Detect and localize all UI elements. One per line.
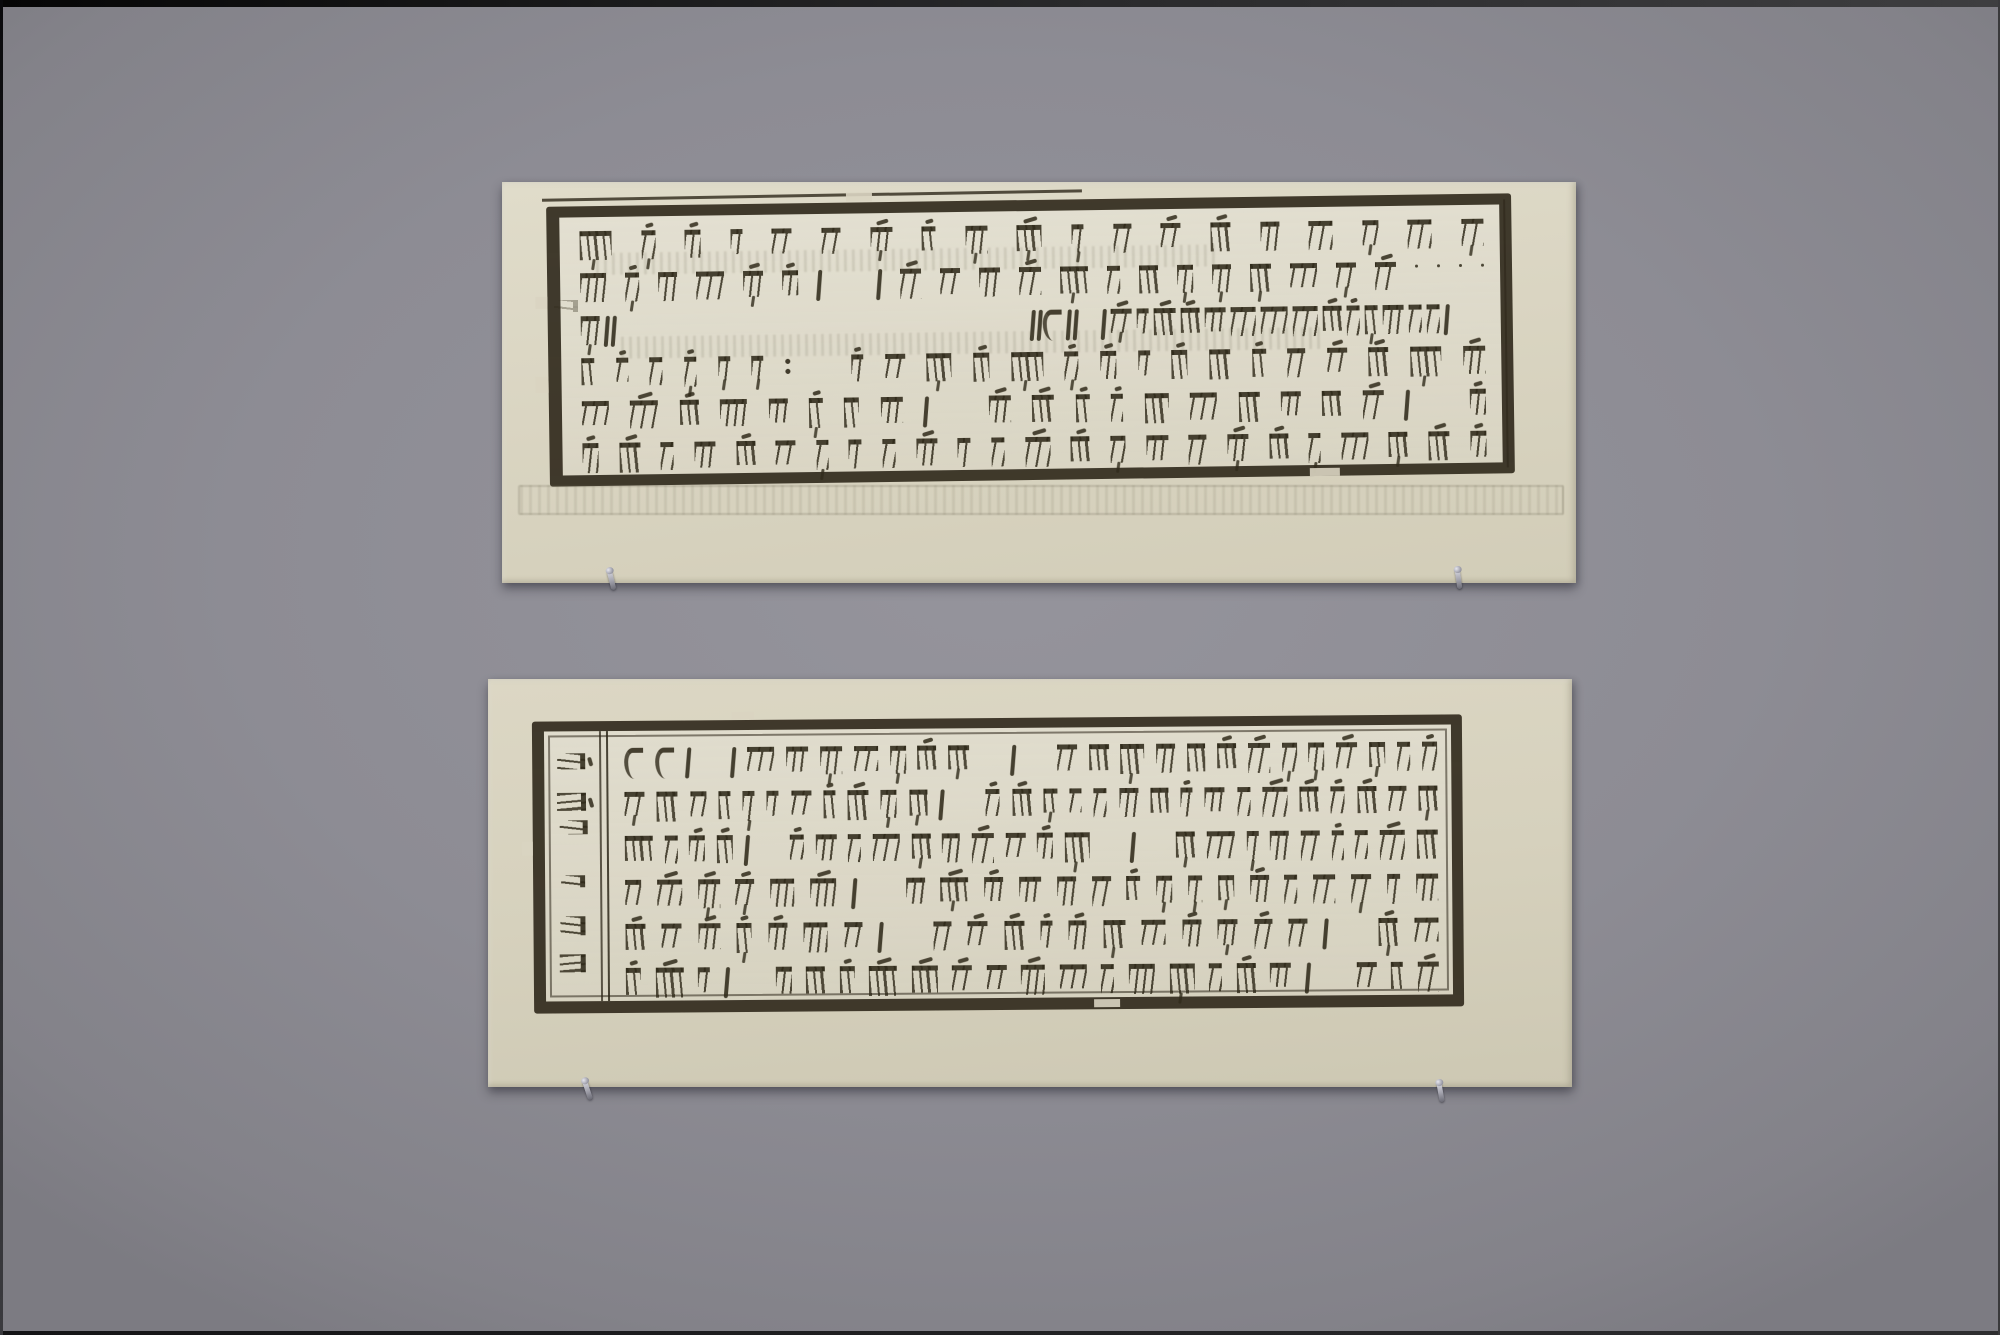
glyph: [616, 358, 628, 382]
glyph: [751, 356, 763, 380]
glyph: [1327, 348, 1347, 372]
glyph: [912, 965, 938, 992]
glyph: [1057, 744, 1077, 770]
glyph: [655, 967, 683, 997]
glyph: [1270, 963, 1291, 987]
glyph: [1247, 831, 1259, 861]
print-gap-notch: [846, 192, 872, 201]
glyph: [1092, 876, 1111, 906]
glyph: [625, 880, 641, 905]
glyph: [1262, 787, 1287, 817]
glyph: [1404, 390, 1410, 421]
print-gap-notch: [1310, 468, 1340, 476]
glyph: [580, 273, 606, 302]
glyph: [991, 437, 1004, 466]
glyph: [624, 792, 644, 816]
glyph: [1331, 786, 1345, 813]
glyph: [1414, 918, 1438, 942]
glyph: [1119, 788, 1138, 817]
glyph: [1409, 305, 1422, 333]
glyph: [557, 793, 586, 811]
glyph: [844, 397, 859, 427]
glyph: [1481, 264, 1484, 267]
glyph: [1218, 875, 1234, 900]
glyph: [1107, 266, 1120, 294]
glyph: [743, 271, 763, 297]
glyph: [1365, 305, 1378, 334]
glyph: [1308, 742, 1324, 770]
glyph: [948, 745, 969, 769]
glyph: [972, 833, 994, 863]
glyph: [1021, 965, 1045, 995]
glyph: [1142, 920, 1166, 945]
glyph: [882, 439, 895, 468]
glyph: [1156, 744, 1175, 773]
glyph: [1209, 963, 1222, 991]
glyph: [684, 357, 696, 387]
glyph: [890, 746, 906, 774]
glyph: [1076, 394, 1090, 422]
glyph: [1388, 786, 1406, 811]
glyph: [844, 922, 862, 947]
glyph: [820, 746, 842, 774]
glyph: [1057, 876, 1076, 905]
glyph: [851, 354, 863, 381]
glyph: [554, 300, 578, 312]
glyph: [1138, 350, 1150, 375]
glyph: [1418, 786, 1437, 811]
margin-title-group: ཉ: [558, 869, 588, 893]
glyph: [938, 789, 944, 820]
glyph: [1362, 390, 1383, 419]
glyph: [1043, 789, 1057, 813]
glyph: [1120, 744, 1144, 774]
glyph: [1004, 921, 1024, 950]
glyph: [1260, 222, 1279, 251]
margin-title-group: རྣམ་ཐར: [557, 913, 587, 976]
glyph: [1041, 921, 1053, 948]
letterbox-left-bar: [0, 0, 3, 1335]
glyph: [661, 442, 674, 470]
glyph: [1422, 742, 1437, 771]
glyph: [1250, 264, 1271, 292]
glyph: [581, 358, 594, 385]
glyph: [1103, 920, 1125, 948]
glyph: [1187, 743, 1205, 771]
stroke-texture: [559, 813, 589, 841]
glyph: [1218, 919, 1238, 945]
glyph: [1418, 962, 1439, 992]
glyph: [1236, 963, 1255, 993]
glyph: [952, 965, 972, 990]
glyph: [1129, 964, 1155, 994]
glyph: [655, 748, 674, 779]
glyph: [958, 438, 971, 467]
glyph: [743, 835, 749, 866]
glyph: [1383, 305, 1404, 334]
text-line: སྣོད་ནས་བསོ་ཕྱི་ཞིག་བཏང་བས། ཡབ་སྒོམ་ཆེན་…: [625, 918, 1438, 960]
glyph: [604, 316, 610, 347]
glyph: [1130, 832, 1136, 863]
lower-print-frame: ཉི་མའི ཆ ཉ རྣམ་ཐར ༄༅། །གནས་པར་ཡུལ་གཞན་དུ…: [532, 714, 1464, 1013]
glyph: [1212, 264, 1231, 292]
glyph: [804, 922, 828, 952]
glyph: [1069, 788, 1081, 812]
glyph: [689, 835, 705, 861]
glyph: [560, 954, 586, 972]
glyph: [626, 968, 641, 995]
glyph: [1355, 830, 1368, 859]
glyph: [906, 878, 925, 904]
glyph: [1463, 346, 1485, 374]
glyph: [1459, 264, 1462, 267]
glyph: [1111, 394, 1123, 422]
glyph: [657, 879, 682, 905]
glyph: [1336, 262, 1356, 287]
glyph: [718, 356, 730, 380]
text-line: ས་གཞིའི་ཁྱེར་འགྲོ་བཅམ་ཁེབས། གར་འགྲོམ་ཤེས…: [625, 874, 1438, 916]
glyph: [1237, 787, 1250, 816]
glyph: [1176, 831, 1195, 857]
glyph: [1356, 962, 1376, 987]
glyph: [1470, 389, 1486, 415]
glyph: [664, 836, 677, 864]
stroke-texture: [582, 431, 1486, 480]
glyph: [986, 789, 1000, 816]
glyph: [1415, 265, 1418, 268]
glyph: [815, 834, 836, 860]
print-gap-notch: [1094, 999, 1120, 1007]
stroke-texture: [624, 742, 1437, 784]
stroke-texture: [556, 747, 587, 816]
upper-manuscript-leaf: གཟུགས་ཀྱི་ཉི་མ་ཡང་སྟར་སྐྱེས་འི་ཡུལ་ཕྱོགས…: [502, 182, 1576, 583]
glyph: [619, 442, 640, 472]
glyph: [1410, 346, 1441, 376]
stroke-texture: [625, 830, 1438, 872]
glyph: [1290, 263, 1317, 287]
glyph: [698, 923, 720, 949]
glyph: [1094, 788, 1107, 817]
glyph: [1227, 434, 1248, 461]
glyph: [973, 353, 989, 382]
glyph: [1304, 963, 1310, 994]
glyph: [840, 966, 855, 993]
upper-print-frame: གཟུགས་ཀྱི་ཉི་མ་ཡང་སྟར་སྐྱེས་འི་ཡུལ་ཕྱོགས…: [546, 193, 1515, 486]
text-line: རྗེ་དཔོན་མ། ཡ་བན་རྗེ་དཔོན་རིགས་ཤིག་ནས་མཆ…: [626, 962, 1439, 1004]
glyph: [922, 226, 936, 250]
glyph: [881, 790, 897, 818]
text-line: ཀྱུང་རང་ས་ར་སྐྱ་མ་ནས་ཀོ་རེད་དུ་ལུང་། མེ་…: [624, 786, 1437, 828]
glyph: [1362, 220, 1378, 245]
glyph: [560, 820, 588, 834]
glyph: [791, 790, 811, 814]
glyph: [1150, 788, 1168, 813]
glyph: [1254, 919, 1272, 949]
glyph: [698, 879, 720, 908]
glyph: [918, 745, 937, 769]
glyph: [624, 748, 643, 779]
glyph: [625, 836, 653, 861]
glyph: [1285, 875, 1298, 904]
glyph: [690, 791, 706, 816]
glyph: [1308, 433, 1320, 463]
glyph: [1416, 874, 1438, 901]
glyph: [1389, 432, 1408, 457]
glyph: [1171, 350, 1187, 379]
glyph: [1011, 352, 1043, 381]
glyph: [1209, 349, 1230, 379]
glyph: [1427, 304, 1440, 333]
glyph: [1032, 395, 1054, 422]
glyph: [718, 791, 730, 819]
glyph: [1139, 265, 1158, 293]
glyph: [1387, 874, 1400, 904]
glyph: [1282, 743, 1297, 772]
glyph: [816, 440, 828, 470]
glyph: [1461, 219, 1483, 246]
glyph: [1180, 787, 1192, 816]
glyph: [1144, 393, 1168, 423]
glyph: [1380, 830, 1405, 860]
glyph: [720, 399, 747, 426]
glyph: [1010, 745, 1016, 776]
glyph: [940, 877, 968, 901]
glyph: [816, 270, 822, 301]
glyph: [876, 269, 882, 300]
glyph: [730, 747, 736, 778]
glyph: [885, 354, 905, 378]
glyph: [1101, 964, 1114, 993]
glyph: [870, 227, 892, 251]
glyph: [1313, 874, 1335, 903]
lower-manuscript-leaf: ཉི་མའི ཆ ཉ རྣམ་ཐར ༄༅། །གནས་པར་ཡུལ་གཞན་དུ…: [488, 679, 1572, 1087]
glyph: [782, 270, 798, 295]
glyph: [1369, 742, 1385, 767]
stroke-texture: [626, 962, 1439, 1004]
glyph: [1065, 832, 1090, 862]
glyph: [927, 353, 952, 381]
glyph: [1437, 264, 1440, 267]
glyph: [696, 271, 724, 299]
stroke-texture: [551, 294, 581, 318]
glyph: [737, 923, 752, 953]
glyph: [1322, 391, 1341, 416]
glyph: [1323, 918, 1329, 949]
stroke-texture: [558, 869, 588, 893]
glyph: [625, 272, 639, 301]
glyph: [775, 967, 791, 994]
glyph: [1391, 962, 1403, 989]
glyph: [747, 747, 774, 771]
glyph: [1019, 877, 1041, 902]
glyph: [923, 396, 929, 427]
glyph: [582, 443, 598, 473]
glyph: [1161, 223, 1181, 247]
glyph: [768, 398, 787, 422]
stroke-texture: [624, 786, 1437, 828]
glyph: [785, 355, 790, 379]
glyph: [940, 268, 960, 294]
glyph: [1270, 831, 1289, 860]
glyph: [662, 923, 682, 947]
glyph: [1428, 431, 1449, 460]
glyph: [1025, 437, 1050, 467]
glyph: [942, 833, 960, 862]
glyph: [736, 879, 755, 905]
glyph: [900, 269, 921, 299]
glyph: [768, 923, 787, 950]
glyph: [873, 834, 900, 861]
glyph: [1347, 305, 1360, 335]
glyph: [1188, 875, 1202, 902]
letterbox-top-bar: [0, 0, 2000, 7]
glyph: [1217, 743, 1236, 768]
ghost-plate-impression: [518, 485, 1564, 515]
glyph: [1357, 786, 1376, 813]
glyph: [984, 877, 1003, 901]
print-gap-notch: [732, 712, 754, 719]
glyph: [561, 875, 585, 887]
glyph: [770, 879, 794, 907]
glyph: [809, 398, 823, 428]
upper-margin-title: ཉ: [551, 294, 581, 318]
glyph: [1146, 435, 1168, 460]
glyph: [1444, 304, 1450, 335]
glyph: [1019, 267, 1041, 295]
glyph: [1177, 265, 1193, 293]
photograph-of-pecha-leaves: གཟུགས་ཀྱི་ཉི་མ་ཡང་སྟར་སྐྱེས་འི་ཡུལ་ཕྱོགས…: [0, 0, 2000, 1335]
text-line: ༄༅། །གནས་པར་ཡུལ་གཞན་དུ་སོང་དྲུག ། ཡན་ལག་…: [624, 742, 1437, 784]
glyph: [1012, 789, 1031, 816]
stroke-texture: [625, 918, 1438, 960]
glyph: [1250, 875, 1269, 902]
glyph: [1156, 876, 1172, 903]
glyph: [911, 834, 930, 859]
glyph: [916, 438, 937, 465]
glyph: [1281, 391, 1301, 415]
glyph: [1309, 221, 1333, 250]
glyph: [1005, 833, 1025, 857]
glyph: [810, 878, 836, 906]
glyph: [1288, 919, 1307, 947]
glyph: [851, 878, 857, 909]
glyph: [881, 397, 903, 423]
text-line: གསལ་པ་མི་སྣེ། ཇི་ལྟར་པ་རྣམས་ཀྱང་སྣམ་སོད་…: [625, 830, 1438, 872]
glyph: [560, 916, 585, 935]
glyph: [1397, 742, 1410, 771]
glyph: [1301, 830, 1320, 860]
glyph: [1269, 433, 1288, 458]
glyph: [933, 921, 951, 950]
margin-title-group: ཉི་མའི: [556, 747, 587, 816]
glyph: [1189, 435, 1207, 465]
glyph: [736, 441, 755, 465]
glyph: [1037, 833, 1053, 859]
glyph: [1205, 787, 1225, 811]
print-gap-notch: [535, 377, 548, 393]
glyph: [1299, 786, 1318, 811]
print-gap-notch: [535, 297, 547, 309]
glyph: [1169, 963, 1194, 993]
glyph: [848, 834, 861, 862]
glyph: [987, 965, 1007, 989]
glyph: [1470, 431, 1486, 457]
glyph: [854, 746, 878, 771]
glyph: [581, 316, 600, 345]
glyph: [909, 790, 927, 816]
glyph: [1323, 306, 1342, 331]
glyph: [1071, 436, 1090, 461]
glyph: [1069, 920, 1087, 949]
glyph: [767, 791, 779, 816]
glyph: [790, 835, 804, 860]
glyph: [1416, 830, 1437, 859]
glyph: [1110, 436, 1125, 463]
glyph: [698, 967, 710, 992]
glyph: [1331, 830, 1343, 860]
glyph: [989, 395, 1011, 422]
glyph: [849, 439, 862, 468]
glyph: [1336, 742, 1357, 768]
glyph: [806, 966, 825, 993]
glyph: [582, 401, 609, 425]
glyph: [1341, 432, 1368, 459]
glyph: [776, 440, 796, 464]
glyph: [625, 924, 645, 950]
glyph: [1248, 743, 1270, 773]
glyph: [1060, 964, 1087, 988]
glyph: [685, 747, 691, 778]
glyph: [723, 967, 729, 998]
glyph: [1238, 392, 1259, 422]
glyph: [717, 835, 733, 863]
glyph: [877, 922, 883, 953]
margin-column: ཉི་མའི ཆ ཉ རྣམ་ཐར: [544, 731, 610, 1001]
glyph: [786, 746, 808, 771]
glyph: [1126, 876, 1140, 900]
upper-printed-block: གཟུགས་ཀྱི་ཉི་མ་ཡང་སྟར་སྐྱེས་འི་ཡུལ་ཕྱོགས…: [546, 193, 1515, 486]
glyph: [1089, 744, 1109, 770]
text-line: གནས་དབེན་པའི་ནགས་དར་སྤྱེ་བ་ཅན། ལྗོན་ཤིང་…: [582, 389, 1486, 438]
glyph: [1207, 831, 1235, 858]
glyph: [742, 791, 754, 821]
glyph: [1100, 351, 1116, 379]
glyph: [823, 790, 835, 818]
stroke-texture: [557, 913, 587, 976]
glyph: [658, 272, 677, 301]
glyph: [1287, 348, 1305, 377]
glyph: [869, 966, 897, 996]
margin-title-group: ཆ: [559, 813, 589, 841]
glyph: [1060, 266, 1088, 293]
print-gap-notch: [522, 842, 533, 856]
glyph: [979, 267, 1000, 296]
glyph: [1182, 919, 1201, 946]
glyph: [694, 441, 715, 467]
glyph: [1190, 392, 1217, 419]
glyph: [1252, 349, 1266, 377]
glyph: [968, 921, 988, 945]
text-line: རོ་རེད་པ་ལྟར་སོང་ནས་བྱ་ཀ་ལ་པིང་ཀ་ལ་སོགས་…: [582, 431, 1486, 480]
glyph: [649, 357, 662, 385]
glyph: [1379, 918, 1398, 946]
glyph: [657, 792, 678, 822]
letterbox-bottom-bar: [0, 1331, 2000, 1335]
glyph: [1408, 219, 1432, 248]
glyph: [1369, 347, 1389, 376]
stroke-texture: [625, 874, 1438, 916]
glyph: [680, 400, 699, 425]
